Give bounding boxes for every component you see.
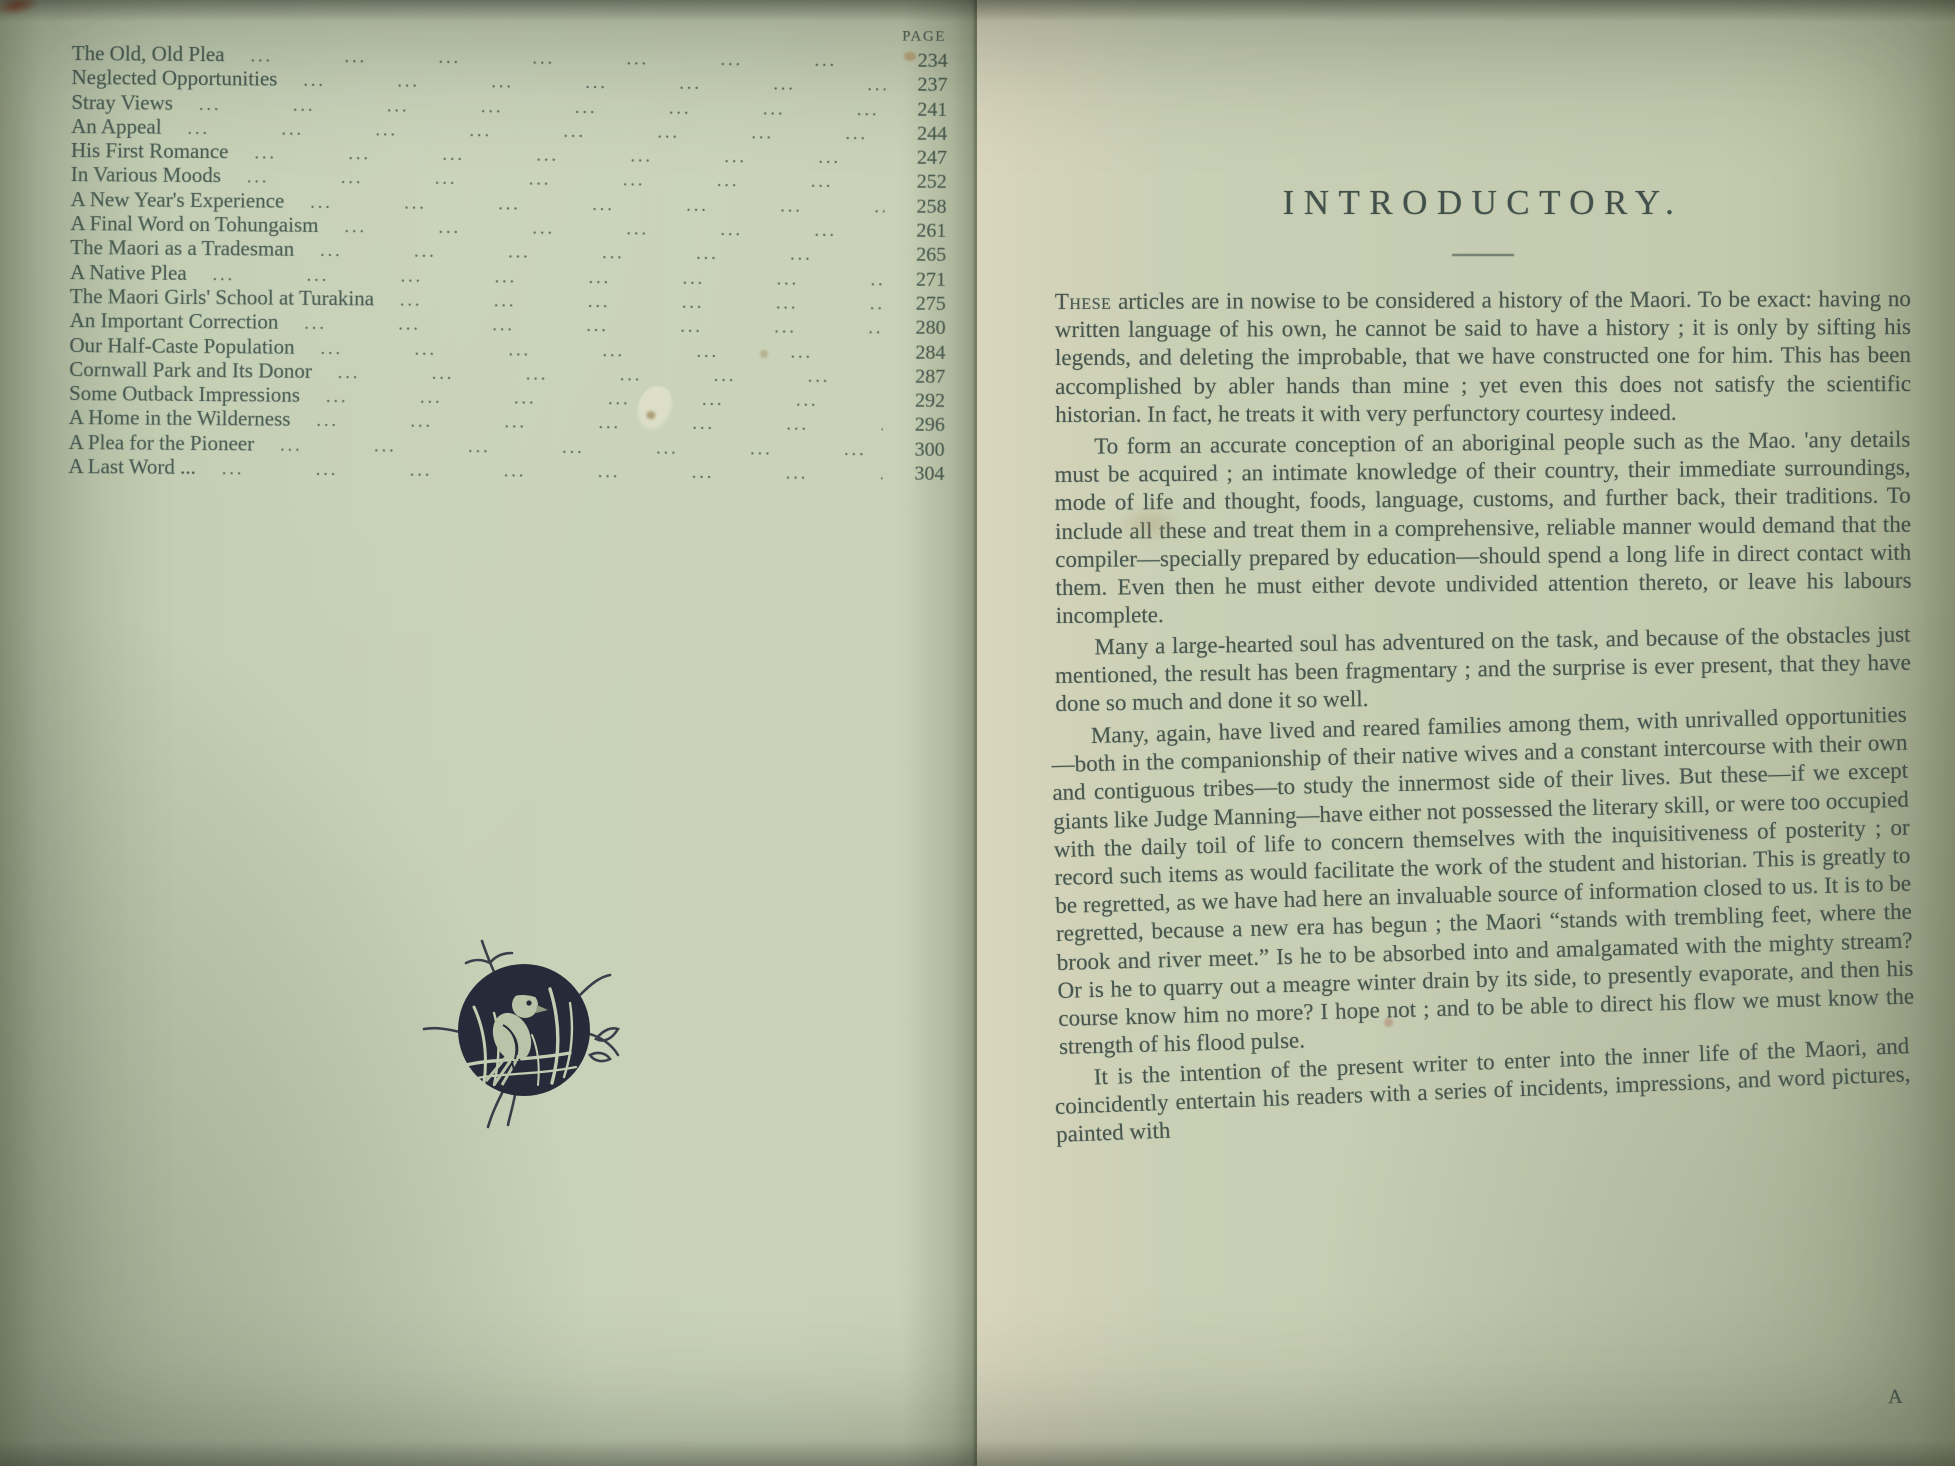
toc-entry-title: The Maori as a Tradesman xyxy=(70,235,294,261)
paragraph: These articles are in nowise to be consi… xyxy=(1055,285,1911,429)
toc-entry-page-number: 275 xyxy=(894,291,946,316)
toc-entry-title: A Last Word ... xyxy=(68,454,196,479)
right-page-content: INTRODUCTORY. These articles are in nowi… xyxy=(1055,0,1911,1466)
toc-entry-title: Stray Views xyxy=(71,90,173,115)
toc-entry-title: Some Outback Impressions xyxy=(69,381,300,407)
toc-entry-page-number: 261 xyxy=(894,219,946,244)
body-paragraphs: These articles are in nowise to be consi… xyxy=(1055,288,1911,1154)
signature-mark: A xyxy=(1888,1386,1903,1409)
toc-entry-page-number: 241 xyxy=(895,97,947,122)
toc-entry-title: A New Year's Experience xyxy=(71,187,285,213)
toc-entry-page-number: 237 xyxy=(895,73,947,98)
toc-entry-page-number: 252 xyxy=(895,170,947,195)
toc-entry-title: A Final Word on Tohungaism xyxy=(70,211,318,237)
toc-entry-title: A Native Plea xyxy=(70,260,187,285)
toc-entry-page-number: 296 xyxy=(893,413,945,438)
toc-entry-page-number: 234 xyxy=(896,48,948,73)
toc-entry-page-number: 247 xyxy=(895,146,947,171)
paragraph: Many, again, have lived and reared famil… xyxy=(1051,701,1916,1062)
toc-entry-title: In Various Moods xyxy=(71,162,221,187)
toc-entry-page-number: 265 xyxy=(894,243,946,268)
toc-entry-title: The Maori Girls' School at Turakina xyxy=(70,284,374,311)
toc-entry-page-number: 244 xyxy=(895,121,947,146)
paragraph: To form an accurate conception of an abo… xyxy=(1054,426,1912,631)
toc-entry-page-number: 280 xyxy=(894,316,946,341)
heading-rule xyxy=(1452,254,1514,256)
toc-entry-title: A Plea for the Pioneer xyxy=(69,430,255,456)
toc-entry-page-number: 271 xyxy=(894,267,946,292)
right-page: INTRODUCTORY. These articles are in nowi… xyxy=(977,0,1955,1466)
toc-entry-title: Our Half-Caste Population xyxy=(69,333,294,359)
toc-entry-page-number: 287 xyxy=(893,364,945,389)
toc-entry-page-number: 304 xyxy=(892,462,944,487)
book-spread-photo: PAGE The Old, Old Plea... ... ... ... ..… xyxy=(0,0,1955,1466)
toc-entry-title: Neglected Opportunities xyxy=(71,65,277,91)
toc-list: The Old, Old Plea... ... ... ... ... ...… xyxy=(68,41,947,485)
left-page: PAGE The Old, Old Plea... ... ... ... ..… xyxy=(0,0,977,1466)
toc-entry-page-number: 292 xyxy=(893,389,945,414)
toc-entry-title: His First Romance xyxy=(71,138,229,164)
toc-entry-title: An Appeal xyxy=(71,114,162,139)
toc-entry-title: An Important Correction xyxy=(70,308,279,334)
toc-entry-title: A Home in the Wilderness xyxy=(69,405,291,431)
bird-in-reeds-vignette-illustration xyxy=(420,933,640,1163)
toc-entry-page-number: 258 xyxy=(894,194,946,219)
table-of-contents: PAGE The Old, Old Plea... ... ... ... ..… xyxy=(68,22,948,485)
toc-entry-page-number: 300 xyxy=(893,437,945,462)
chapter-heading: INTRODUCTORY. xyxy=(1055,183,1911,223)
toc-dot-leader: ... ... ... ... ... ... ... ... ... ... xyxy=(222,456,883,485)
toc-entry-page-number: 284 xyxy=(893,340,945,365)
toc-entry-title: Cornwall Park and Its Donor xyxy=(69,357,312,383)
opening-word: These xyxy=(1055,289,1112,314)
toc-entry-title: The Old, Old Plea xyxy=(72,41,225,66)
